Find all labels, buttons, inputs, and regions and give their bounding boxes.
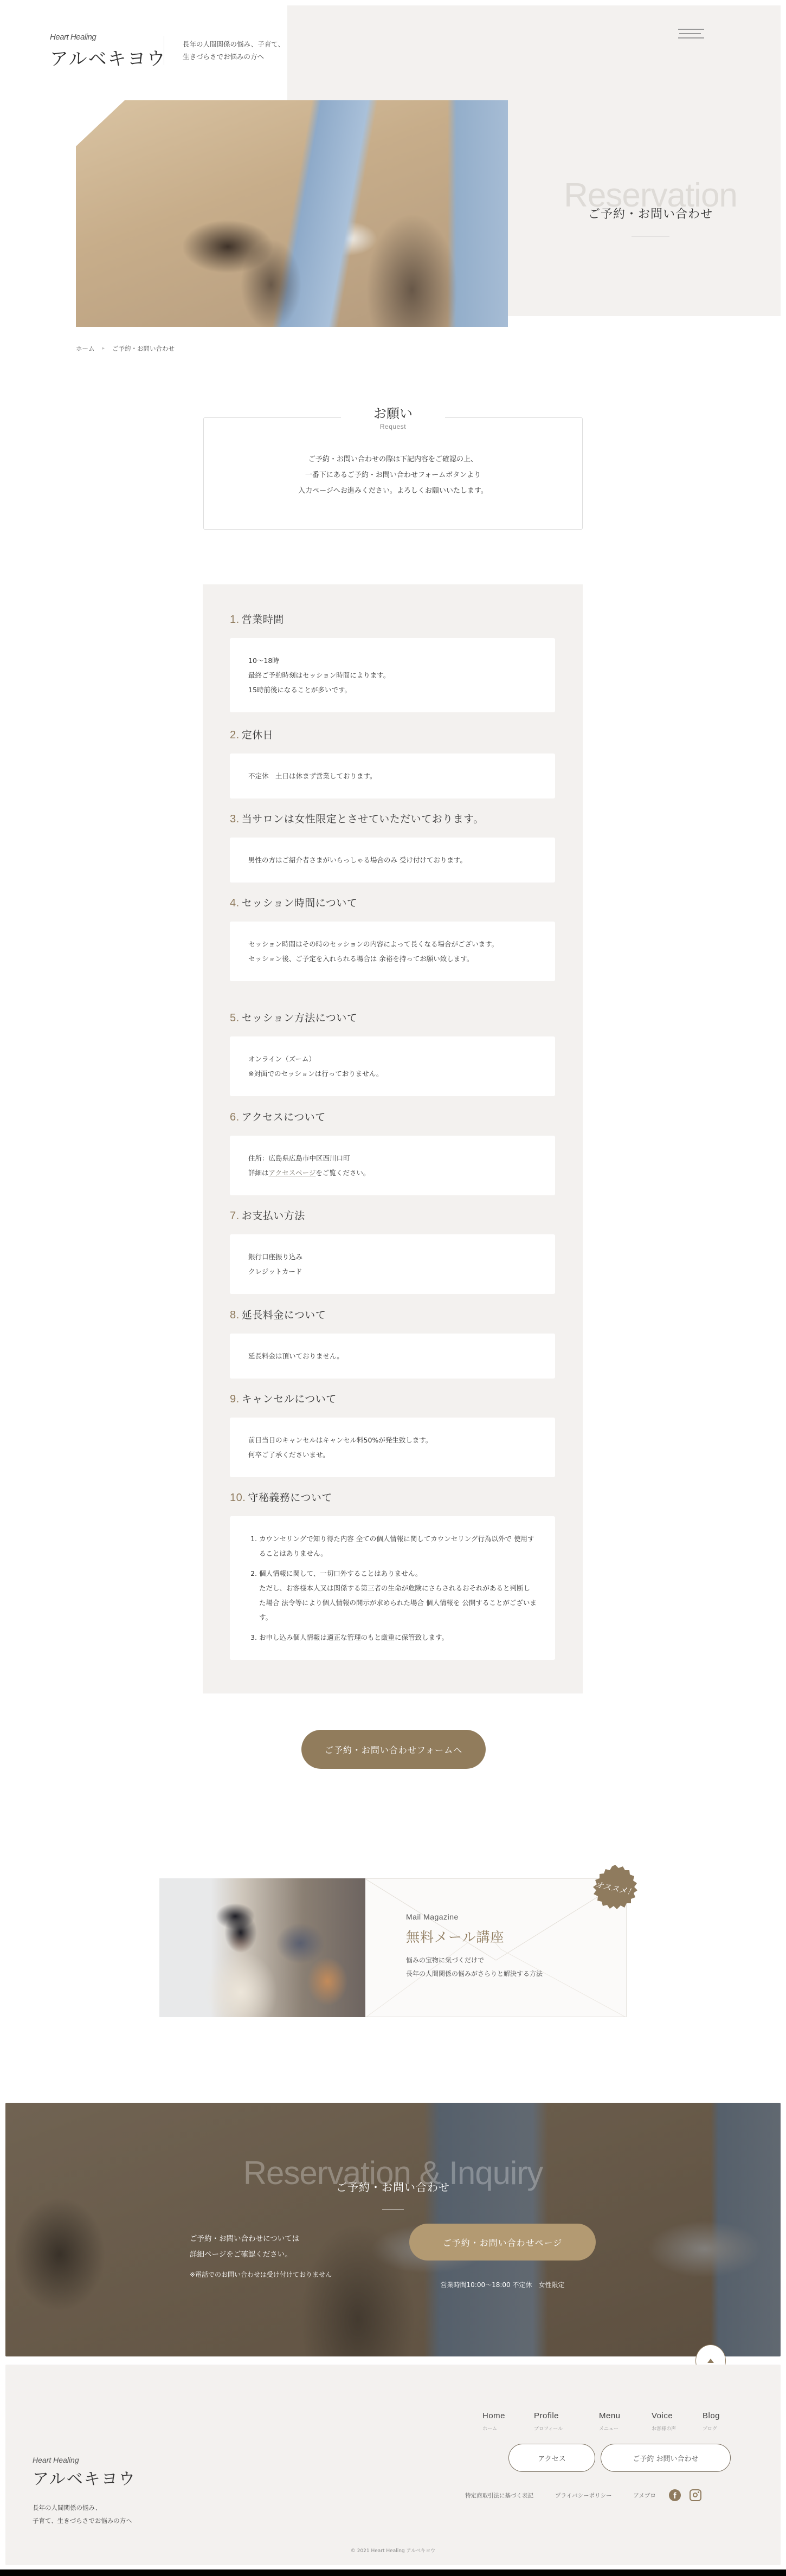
info-card: 10～18時最終ご予約時刻はセッション時間によります。15時前後になることが多い… (230, 638, 555, 712)
reservation-banner-text: ご予約・お問い合わせについては 詳細ページをご確認ください。 ※電話でのお問い合… (190, 2231, 332, 2283)
info-heading: 6.アクセスについて (230, 1109, 555, 1124)
info-heading: 10.守秘義務について (230, 1490, 555, 1504)
footer-logo[interactable]: Heart Healing アルベキヨウ 長年の人間関係の悩み、 子育て、生きづ… (33, 2456, 136, 2527)
request-body: ご予約・お問い合わせの際は下記内容をご確認の上、 一番下にあるご予約・お問い合わ… (204, 452, 582, 499)
heading-underline (382, 2210, 404, 2210)
info-card: 男性の方はご紹介者さまがいらっしゃる場合のみ 受け付けております。 (230, 838, 555, 883)
instagram-icon[interactable] (690, 2489, 701, 2501)
page-heading: Reservation ご予約・お問い合わせ (542, 179, 759, 236)
info-heading: 3.当サロンは女性限定とさせていただいております。 (230, 811, 555, 826)
mail-magazine-label: Mail Magazine (406, 1912, 543, 1921)
info-card: カウンセリングで知り得た内容 全ての個人情報に関してカウンセリング行為以外で 使… (230, 1516, 555, 1660)
breadcrumb-home[interactable]: ホーム (76, 344, 95, 353)
info-item-women-only: 3.当サロンは女性限定とさせていただいております。 男性の方はご紹介者さまがいら… (230, 811, 555, 883)
footer-link-privacy[interactable]: プライバシーポリシー (555, 2491, 611, 2500)
info-card: 不定休 土日は休まず営業しております。 (230, 754, 555, 798)
info-item-access: 6.アクセスについて 住所：広島県広島市中区西川口町 詳細はアクセスページをご覧… (230, 1109, 555, 1195)
tagline-line: 生きづらさでお悩みの方へ (183, 50, 285, 63)
copyright: © 2021 Heart Healing アルベキヨウ (5, 2547, 781, 2554)
info-item-cancellation: 9.キャンセルについて 前日当日のキャンセルはキャンセル料50%が発生致します。… (230, 1391, 555, 1477)
info-panel: 1.営業時間 10～18時最終ご予約時刻はセッション時間によります。15時前後に… (203, 584, 583, 1693)
request-title: お願い Request (204, 403, 582, 430)
breadcrumb-separator-icon: ▸ (102, 346, 105, 351)
logo-subtitle: Heart Healing (50, 33, 166, 42)
phone-note: ※電話でのお問い合わせは受け付けておりません (190, 2267, 332, 2283)
logo-divider (164, 36, 164, 65)
footer-nav-profile[interactable]: Profileプロフィール (534, 2411, 599, 2432)
footer-logo-title: アルベキヨウ (33, 2465, 136, 2489)
breadcrumb-current: ご予約・お問い合わせ (112, 344, 175, 353)
footer-link-tokushoho[interactable]: 特定商取引法に基づく表記 (465, 2491, 533, 2500)
reservation-page-button[interactable]: ご予約・お問い合わせページ (409, 2224, 596, 2261)
header-tagline: 長年の人間関係の悩み、子育て、 生きづらさでお悩みの方へ (183, 38, 285, 63)
footer-nav-voice[interactable]: Voiceお客様の声 (652, 2411, 703, 2432)
mail-magazine-card[interactable]: Mail Magazine 無料メール講座 悩みの宝物に気づくだけで 長年の人間… (159, 1878, 627, 2017)
mail-magazine-photo (159, 1878, 365, 2017)
info-heading: 8.延長料金について (230, 1307, 555, 1322)
footer-nav-home[interactable]: Homeホーム (482, 2411, 534, 2432)
site-logo[interactable]: Heart Healing アルベキヨウ (50, 33, 166, 70)
footer-nav-menu[interactable]: Menuメニュー (599, 2411, 652, 2432)
info-card: 住所：広島県広島市中区西川口町 詳細はアクセスページをご覧ください。 (230, 1136, 555, 1195)
list-item: カウンセリングで知り得た内容 全ての個人情報に関してカウンセリング行為以外で 使… (259, 1531, 537, 1561)
list-item: 個人情報に関して、一切口外することはありません。 ただし、お客様本人又は関係する… (259, 1566, 537, 1625)
footer-link-ameblo[interactable]: アメブロ (633, 2491, 655, 2500)
footer-logo-subtitle: Heart Healing (33, 2456, 136, 2464)
tagline-line: 長年の人間関係の悩み、子育て、 (183, 38, 285, 50)
info-heading: 1.営業時間 (230, 611, 555, 626)
request-box: お願い Request ご予約・お問い合わせの際は下記内容をご確認の上、 一番下… (203, 417, 583, 530)
footer-links: 特定商取引法に基づく表記 プライバシーポリシー アメブロ f (465, 2489, 701, 2501)
info-card: 延長料金は頂いておりません。 (230, 1334, 555, 1379)
info-heading: 7.お支払い方法 (230, 1208, 555, 1222)
info-item-holidays: 2.定休日 不定休 土日は休まず営業しております。 (230, 727, 555, 798)
reservation-banner-title: Reservation & Inquiry ご予約・お問い合わせ (5, 2157, 781, 2210)
info-item-payment: 7.お支払い方法 銀行口座振り込みクレジットカード (230, 1208, 555, 1294)
request-title-en: Request (204, 423, 582, 430)
recommend-badge: オススメ！ (591, 1864, 640, 1912)
facebook-icon[interactable]: f (669, 2489, 681, 2501)
hamburger-icon[interactable] (678, 29, 704, 41)
info-card: 銀行口座振り込みクレジットカード (230, 1234, 555, 1294)
badge-label: オススメ！ (587, 1859, 645, 1917)
info-item-extension-fee: 8.延長料金について 延長料金は頂いておりません。 (230, 1307, 555, 1379)
mail-magazine-desc: 悩みの宝物に気づくだけで 長年の人間関係の悩みがさらりと解決する方法 (406, 1954, 543, 1981)
logo-title: アルベキヨウ (50, 44, 166, 70)
request-line: ご予約・お問い合わせの際は下記内容をご確認の上、 (204, 452, 582, 467)
confidentiality-list: カウンセリングで知り得た内容 全ての個人情報に関してカウンセリング行為以外で 使… (248, 1531, 537, 1645)
info-card: オンライン（ズーム）※対面でのセッションは行っておりません。 (230, 1036, 555, 1096)
heading-underline (632, 236, 669, 236)
bottom-bar (0, 2569, 786, 2576)
info-heading: 4.セッション時間について (230, 895, 555, 910)
reservation-banner-title-ja: ご予約・お問い合わせ (5, 2179, 781, 2194)
info-item-business-hours: 1.営業時間 10～18時最終ご予約時刻はセッション時間によります。15時前後に… (230, 611, 555, 712)
footer-nav-blog[interactable]: Blogブログ (703, 2411, 735, 2432)
footer-contact-button[interactable]: ご予約 お問い合わせ (601, 2444, 731, 2472)
social-links: f (669, 2489, 701, 2501)
footer-tagline: 長年の人間関係の悩み、 子育て、生きづらさでお悩みの方へ (33, 2501, 136, 2527)
breadcrumb: ホーム ▸ ご予約・お問い合わせ (76, 344, 175, 353)
info-card: 前日当日のキャンセルはキャンセル料50%が発生致します。何卒ご了承くださいませ。 (230, 1418, 555, 1477)
info-card: セッション時間はその時のセッションの内容によって長くなる場合がございます。セッシ… (230, 922, 555, 981)
request-line: 入力ページへお進みください。よろしくお願いいたします。 (204, 483, 582, 499)
access-page-link[interactable]: アクセスページ (269, 1169, 316, 1177)
footer-access-button[interactable]: アクセス (508, 2444, 595, 2472)
info-item-confidentiality: 10.守秘義務について カウンセリングで知り得た内容 全ての個人情報に関してカウ… (230, 1490, 555, 1660)
info-heading: 9.キャンセルについて (230, 1391, 555, 1406)
info-heading: 5.セッション方法について (230, 1010, 555, 1025)
info-item-session-method: 5.セッション方法について オンライン（ズーム）※対面でのセッションは行っており… (230, 1010, 555, 1096)
reservation-form-button[interactable]: ご予約・お問い合わせフォームへ (301, 1730, 486, 1769)
footer-nav: Homeホーム Profileプロフィール Menuメニュー Voiceお客様の… (482, 2411, 735, 2432)
footer: Homeホーム Profileプロフィール Menuメニュー Voiceお客様の… (5, 2365, 781, 2565)
mail-magazine-title: 無料メール講座 (406, 1927, 543, 1946)
list-item: お申し込み個人情報は適正な管理のもと厳重に保管致します。 (259, 1630, 537, 1645)
hero-image (76, 100, 508, 327)
request-line: 一番下にあるご予約・お問い合わせフォームボタンより (204, 467, 582, 483)
business-hours: 営業時間10:00～18:00 不定休 女性限定 (409, 2280, 596, 2289)
reservation-banner: Reservation & Inquiry ご予約・お問い合わせ ご予約・お問い… (5, 2103, 781, 2356)
arrow-up-icon (707, 2359, 714, 2363)
info-item-session-time: 4.セッション時間について セッション時間はその時のセッションの内容によって長く… (230, 895, 555, 981)
request-title-ja: お願い (341, 403, 445, 422)
info-heading: 2.定休日 (230, 727, 555, 742)
